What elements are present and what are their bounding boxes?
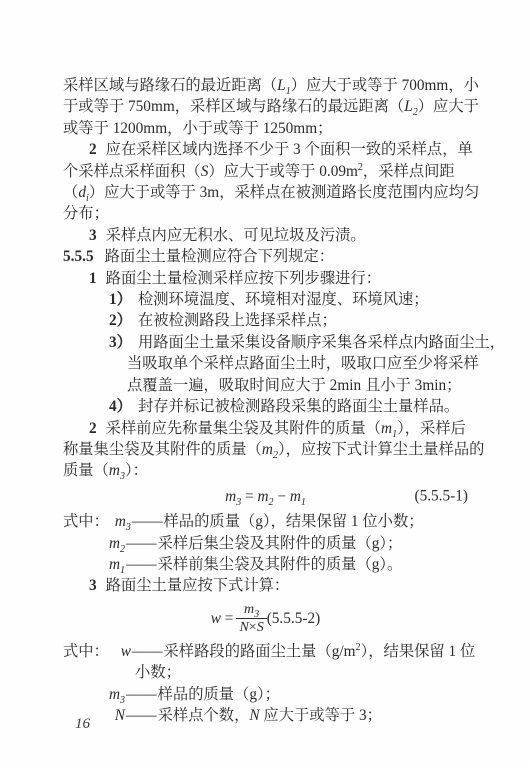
formula-symbol: m3	[109, 511, 131, 532]
math-var: di	[78, 184, 88, 201]
text-line: 分布；	[63, 203, 468, 224]
formula-number: (5.5.5-2)	[267, 608, 321, 629]
math-var: m2	[257, 488, 273, 505]
text-line: 1路面尘土量检测采样应按下列步骤进行：	[63, 268, 468, 289]
page-content: 采样区域与路缘石的最近距离（L1）应大于或等于 700mm，小于或等于 750m…	[63, 75, 468, 726]
page-number: 16	[75, 716, 90, 733]
text-line: 3采样点内应无积水、可见垃圾及污渍。	[63, 225, 468, 246]
fraction-numerator: m3	[241, 601, 262, 618]
text-line: 式中：m3——样品的质量（g），结果保留 1 位小数；	[63, 511, 468, 532]
math-var: N	[115, 707, 125, 724]
formula-lhs: w =	[211, 608, 234, 629]
text-line: m1——采样前集尘袋及其附件的质量（g）。	[63, 554, 468, 575]
list-number: 3）	[109, 334, 132, 351]
math-var: S	[257, 620, 264, 635]
math-var: m3	[244, 602, 259, 617]
math-var: m3	[109, 462, 125, 479]
text-line: 点覆盖一遍，吸取时间应大于 2min 且小于 3min；	[63, 375, 468, 396]
text-line: 5.5.5路面尘土量检测应符合下列规定：	[63, 246, 468, 267]
list-number: 1	[89, 270, 97, 287]
math-var: L2	[404, 98, 418, 115]
text-line: 采样区域与路缘石的最近距离（L1）应大于或等于 700mm，小	[63, 75, 468, 96]
text-line: 1）检测环境温度、环境相对湿度、环境风速；	[63, 289, 468, 310]
math-var: w	[121, 643, 131, 660]
formula: m3 = m2 − m1(5.5.5-1)	[63, 486, 468, 507]
fraction-denominator: N×S	[236, 618, 266, 636]
where-prefix: 式中：	[63, 513, 109, 530]
list-number: 3	[89, 577, 97, 594]
math-var: m1	[109, 556, 125, 573]
em-dash: ——	[126, 535, 157, 552]
text-line: 于或等于 750mm，采样区域与路缘石的最远距离（L2）应大于	[63, 96, 468, 117]
em-dash: ——	[132, 513, 163, 530]
fraction: m3N×S	[236, 601, 266, 636]
math-var: m3	[115, 513, 131, 530]
formula-symbol: w	[109, 641, 131, 662]
list-number: 3	[89, 227, 97, 244]
text-line: 2应在采样区域内选择不少于 3 个面积一致的采样点，单	[63, 139, 468, 160]
math-var: m2	[262, 441, 278, 458]
text-line: 3路面尘土量应按下式计算：	[63, 575, 468, 596]
list-number: 1）	[109, 291, 132, 308]
text-line: 式中：w——采样路段的路面尘土量（g/m2），结果保留 1 位	[63, 641, 468, 662]
text-line: m3——样品的质量（g）；	[63, 684, 468, 705]
math-var: m1	[290, 488, 306, 505]
math-var: m3	[225, 488, 241, 505]
math-var: w	[211, 610, 221, 627]
list-number: 2	[89, 420, 97, 437]
math-var: N	[239, 620, 248, 635]
text-line: 小数；	[63, 662, 468, 683]
text-line: 质量（m3）：	[63, 460, 468, 481]
text-line: 个采样点采样面积（S）应大于或等于 0.09m2，采样点间距	[63, 161, 468, 182]
text-line: 或等于 1200mm，小于或等于 1250mm；	[63, 118, 468, 139]
formula-symbol: m2	[103, 533, 125, 554]
math-var: N	[249, 707, 259, 724]
math-var: m2	[109, 535, 125, 552]
math-var: m3	[109, 686, 125, 703]
text-line: 2）在被检测路段上选择采样点；	[63, 310, 468, 331]
where-prefix: 式中：	[63, 643, 109, 660]
em-dash: ——	[126, 556, 157, 573]
formula-symbol: N	[103, 705, 125, 726]
list-number: 2	[89, 141, 97, 158]
math-var: m1	[381, 420, 397, 437]
list-number: 4）	[109, 398, 132, 415]
math-var: L1	[277, 77, 291, 94]
text-line: 3）用路面尘土量采集设备顺序采集各采样点内路面尘土，	[63, 332, 468, 353]
formula: w = m3N×S(5.5.5-2)	[63, 600, 468, 638]
document-page: 采样区域与路缘石的最近距离（L1）应大于或等于 700mm，小于或等于 750m…	[0, 0, 529, 767]
list-number: 5.5.5	[63, 248, 94, 265]
text-line: 2采样前应先称量集尘袋及其附件的质量（m1），采样后	[63, 418, 468, 439]
em-dash: ——	[126, 707, 157, 724]
em-dash: ——	[132, 643, 163, 660]
em-dash: ——	[126, 686, 157, 703]
formula-symbol: m1	[103, 554, 125, 575]
text-line: N——采样点个数，N 应大于或等于 3；	[63, 705, 468, 726]
text-line: m2——采样后集尘袋及其附件的质量（g）；	[63, 533, 468, 554]
formula-symbol: m3	[103, 684, 125, 705]
list-number: 2）	[109, 312, 132, 329]
text-line: （di）应大于或等于 3m，采样点在被测道路长度范围内应均匀	[63, 182, 468, 203]
text-line: 4）封存并标记被检测路段采集的路面尘土量样品。	[63, 396, 468, 417]
math-var: S	[201, 163, 209, 180]
text-line: 当吸取单个采样点路面尘土时，吸取口应至少将采样	[63, 353, 468, 374]
text-line: 称量集尘袋及其附件的质量（m2），应按下式计算尘土量样品的	[63, 439, 468, 460]
formula-number: (5.5.5-1)	[414, 486, 468, 507]
